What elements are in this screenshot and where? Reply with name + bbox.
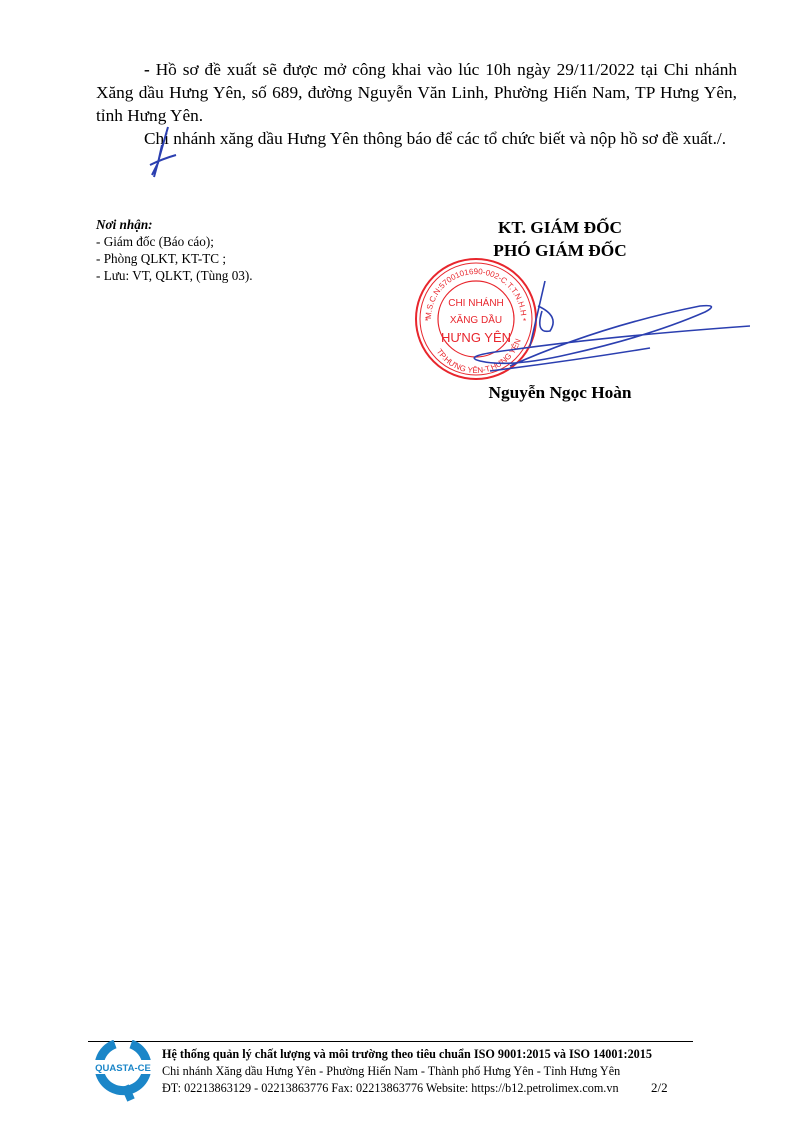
initial-mark-icon xyxy=(148,125,178,180)
page-number: 2/2 xyxy=(651,1080,668,1096)
recipients-title: Nơi nhận: xyxy=(96,216,253,233)
footer-address-line: Chi nhánh Xăng dầu Hưng Yên - Phường Hiế… xyxy=(162,1063,702,1080)
svg-text:*: * xyxy=(425,317,428,326)
handwritten-signature-icon xyxy=(450,276,750,386)
recipient-item: - Giám đốc (Báo cáo); xyxy=(96,233,253,250)
quasta-ce-logo-icon: QUASTA-CE xyxy=(95,1040,151,1102)
paragraph-opening-info: - Hồ sơ đề xuất sẽ được mở công khai vào… xyxy=(96,58,737,127)
paragraph-notice-text: Chi nhánh xăng dầu Hưng Yên thông báo để… xyxy=(144,129,726,148)
recipient-item: - Lưu: VT, QLKT, (Tùng 03). xyxy=(96,267,253,284)
recipients-list: Nơi nhận: - Giám đốc (Báo cáo); - Phòng … xyxy=(96,216,253,284)
footer-divider xyxy=(88,1041,693,1042)
footer-iso-line: Hệ thống quản lý chất lượng và môi trườn… xyxy=(162,1046,702,1063)
logo-text: QUASTA-CE xyxy=(95,1063,151,1074)
recipient-item: - Phòng QLKT, KT-TC ; xyxy=(96,250,253,267)
bullet-dash: - xyxy=(144,60,150,79)
signer-name: Nguyễn Ngọc Hoàn xyxy=(410,383,710,403)
paragraph-opening-text: Hồ sơ đề xuất sẽ được mở công khai vào l… xyxy=(96,60,737,125)
signer-position-line1: KT. GIÁM ĐỐC xyxy=(410,216,710,239)
footer-info: Hệ thống quản lý chất lượng và môi trườn… xyxy=(162,1046,702,1097)
paragraph-notice: Chi nhánh xăng dầu Hưng Yên thông báo để… xyxy=(96,127,737,150)
footer-contact-line: ĐT: 02213863129 - 02213863776 Fax: 02213… xyxy=(162,1080,702,1097)
